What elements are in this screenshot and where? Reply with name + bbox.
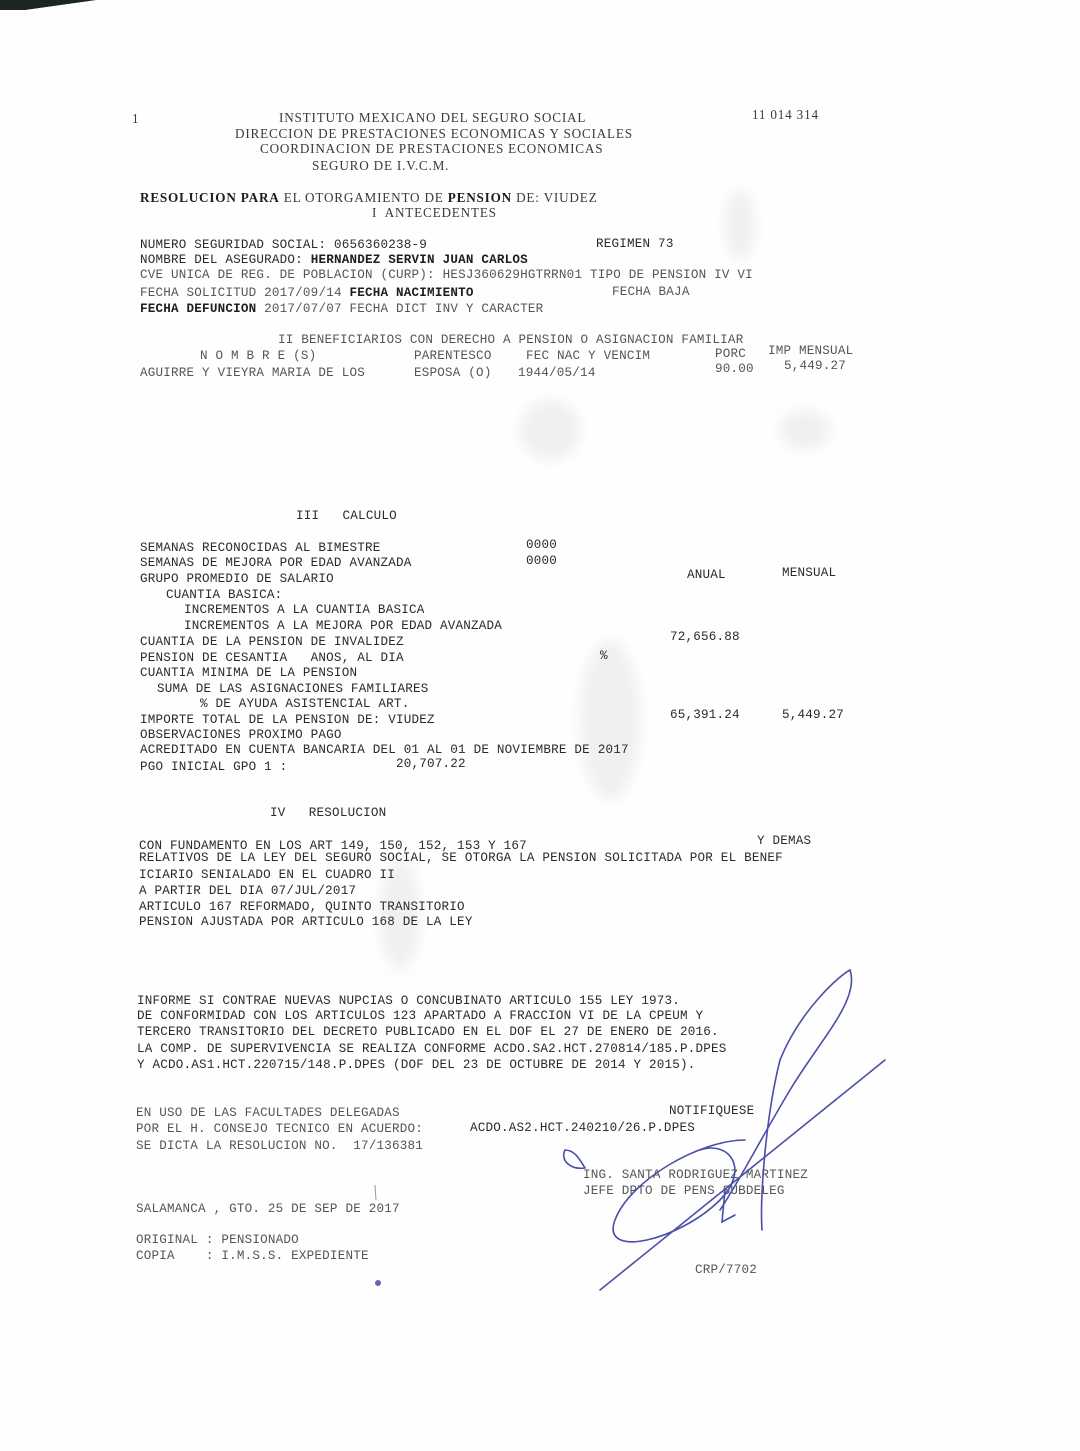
importe-total-anual: 65,391.24 <box>670 708 740 724</box>
ink-dot <box>375 1280 381 1286</box>
fecha-solicitud-value: 2017/09/14 <box>264 286 342 300</box>
distribucion-copia: COPIA : I.M.S.S. EXPEDIENTE <box>136 1249 369 1265</box>
cuantia-minima-label: CUANTIA MINIMA DE LA PENSION <box>140 666 357 682</box>
nota-line-4: LA COMP. DE SUPERVIVENCIA SE REALIZA CON… <box>137 1042 727 1058</box>
title-bold-prefix: RESOLUCION PARA <box>140 190 280 205</box>
suma-asignaciones-label: SUMA DE LAS ASIGNACIONES FAMILIARES <box>157 682 429 698</box>
header-coordinacion: COORDINACION DE PRESTACIONES ECONOMICAS <box>260 141 603 157</box>
section-beneficiarios-heading: II BENEFICIARIOS CON DERECHO A PENSION O… <box>278 333 743 349</box>
section-antecedentes-heading: I ANTECEDENTES <box>372 205 497 221</box>
fecha-dict-label: FECHA DICT INV Y CARACTER <box>349 302 543 316</box>
scan-smudge <box>580 640 640 800</box>
nss-row: NUMERO SEGURIDAD SOCIAL: 0656360238-9 <box>140 238 427 254</box>
beneficiario-fecha: 1944/05/14 <box>518 366 596 382</box>
semanas-reconocidas-value: 0000 <box>526 538 557 554</box>
beneficiario-importe: 5,449.27 <box>784 359 846 375</box>
cuantia-invalidez-label: CUANTIA DE LA PENSION DE INVALIDEZ <box>140 635 404 651</box>
nota-line-2: DE CONFORMIDAD CON LOS ARTICULOS 123 APA… <box>137 1009 703 1025</box>
col-nombre: N O M B R E (S) <box>200 349 316 365</box>
curp-label: CVE UNICA DE REG. DE POBLACION (CURP): <box>140 268 435 282</box>
scan-edge-shadow <box>0 0 200 10</box>
fecha-baja-label: FECHA BAJA <box>612 285 690 301</box>
col-porc: PORC <box>715 347 746 363</box>
firmante-cargo: JEFE DPTO DE PENS SUBDELEG <box>583 1184 785 1200</box>
scan-smudge <box>520 400 580 460</box>
regimen: REGIMEN 73 <box>596 237 674 253</box>
fecha-defuncion-value: 2017/07/07 <box>264 302 342 316</box>
lugar-fecha: SALAMANCA , GTO. 25 DE SEP DE 2017 <box>136 1202 400 1218</box>
importe-total-label: IMPORTE TOTAL DE LA PENSION DE: VIUDEZ <box>140 713 435 729</box>
ayuda-asistencial-label: % DE AYUDA ASISTENCIAL ART. <box>200 697 409 713</box>
page-number: 1 <box>132 111 139 127</box>
section-calculo-heading: III CALCULO <box>296 509 397 525</box>
fecha-solicitud-row: FECHA SOLICITUD 2017/09/14 FECHA NACIMIE… <box>140 286 474 302</box>
resolucion-line-1-right: Y DEMAS <box>757 834 811 850</box>
pago-inicial-label: PGO INICIAL GPO 1 : <box>140 760 287 776</box>
resolucion-line-3: ICIARIO SENIALADO EN EL CUADRO II <box>139 868 395 884</box>
beneficiario-nombre: AGUIRRE Y VIEYRA MARIA DE LOS <box>140 366 365 382</box>
percent-sign: % <box>600 649 608 665</box>
scan-smudge <box>725 190 755 260</box>
resolucion-line-6: PENSION AJUSTADA POR ARTICULO 168 DE LA … <box>139 915 473 931</box>
col-fecha: FEC NAC Y VENCIM <box>526 349 650 365</box>
semanas-mejora-label: SEMANAS DE MEJORA POR EDAD AVANZADA <box>140 556 412 572</box>
fecha-solicitud-label: FECHA SOLICITUD <box>140 286 256 300</box>
header-institute: INSTITUTO MEXICANO DEL SEGURO SOCIAL <box>279 110 586 126</box>
col-parentesco: PARENTESCO <box>414 349 492 365</box>
acreditado-text: ACREDITADO EN CUENTA BANCARIA DEL 01 AL … <box>140 743 629 759</box>
asegurado-row: NOMBRE DEL ASEGURADO: HERNANDEZ SERVIN J… <box>140 253 528 269</box>
header-seguro: SEGURO DE I.V.C.M. <box>312 158 449 174</box>
col-importe: IMP MENSUAL <box>768 344 853 360</box>
firma-clave: CRP/7702 <box>695 1263 757 1279</box>
acuerdo-number: ACDO.AS2.HCT.240210/26.P.DPES <box>470 1121 695 1137</box>
asegurado-label: NOMBRE DEL ASEGURADO: <box>140 253 303 267</box>
title-bold-mid: PENSION <box>448 190 512 205</box>
header-direccion: DIRECCION DE PRESTACIONES ECONOMICAS Y S… <box>235 126 633 142</box>
fecha-defuncion-label: FECHA DEFUNCION <box>140 302 256 316</box>
asegurado-value: HERNANDEZ SERVIN JUAN CARLOS <box>311 253 528 267</box>
folio-number: 11 014 314 <box>752 107 819 123</box>
nss-value: 0656360238-9 <box>334 238 427 252</box>
cuantia-invalidez-anual: 72,656.88 <box>670 630 740 646</box>
resolucion-no-label: SE DICTA LA RESOLUCION NO. <box>136 1139 338 1153</box>
facultades-line-3: SE DICTA LA RESOLUCION NO. 17/136381 <box>136 1139 423 1155</box>
beneficiario-parentesco: ESPOSA (O) <box>414 366 492 382</box>
fecha-nacimiento-label: FECHA NACIMIENTO <box>349 286 473 300</box>
tipo-pension: TIPO DE PENSION IV VI <box>590 268 753 282</box>
notifiquese: NOTIFIQUESE <box>669 1104 754 1120</box>
col-anual: ANUAL <box>687 568 726 584</box>
scan-smudge <box>780 410 830 450</box>
nss-label: NUMERO SEGURIDAD SOCIAL: <box>140 238 326 252</box>
distribucion-original: ORIGINAL : PENSIONADO <box>136 1233 299 1249</box>
importe-total-mensual: 5,449.27 <box>782 708 844 724</box>
title-suffix: DE: VIUDEZ <box>512 190 597 205</box>
nota-line-1: INFORME SI CONTRAE NUEVAS NUPCIAS O CONC… <box>137 994 680 1010</box>
document-title: RESOLUCION PARA EL OTORGAMIENTO DE PENSI… <box>140 190 597 206</box>
resolucion-no-value: 17/136381 <box>353 1139 423 1153</box>
col-mensual: MENSUAL <box>782 566 836 582</box>
semanas-mejora-value: 0000 <box>526 554 557 570</box>
curp-row: CVE UNICA DE REG. DE POBLACION (CURP): H… <box>140 268 753 284</box>
resolucion-line-4: A PARTIR DEL DIA 07/JUL/2017 <box>139 884 356 900</box>
resolucion-line-5: ARTICULO 167 REFORMADO, QUINTO TRANSITOR… <box>139 900 465 916</box>
incrementos-cuantia-label: INCREMENTOS A LA CUANTIA BASICA <box>184 603 424 619</box>
title-middle: EL OTORGAMIENTO DE <box>280 190 448 205</box>
incrementos-mejora-label: INCREMENTOS A LA MEJORA POR EDAD AVANZAD… <box>184 619 502 635</box>
observaciones-label: OBSERVACIONES PROXIMO PAGO <box>140 728 342 744</box>
nota-line-5: Y ACDO.AS1.HCT.220715/148.P.DPES (DOF DE… <box>137 1058 696 1074</box>
firmante-nombre: ING. SANTA RODRIGUEZ MARTINEZ <box>583 1168 808 1184</box>
pension-cesantia-label: PENSION DE CESANTIA ANOS, AL DIA <box>140 651 404 667</box>
resolucion-line-2: RELATIVOS DE LA LEY DEL SEGURO SOCIAL, S… <box>139 851 783 867</box>
facultades-line-1: EN USO DE LAS FACULTADES DELEGADAS <box>136 1106 400 1122</box>
curp-value: HESJ360629HGTRRN01 <box>443 268 583 282</box>
section-resolucion-heading: IV RESOLUCION <box>270 806 386 822</box>
grupo-promedio-label: GRUPO PROMEDIO DE SALARIO <box>140 572 334 588</box>
fecha-defuncion-row: FECHA DEFUNCION 2017/07/07 FECHA DICT IN… <box>140 302 543 318</box>
nota-line-3: TERCERO TRANSITORIO DEL DECRETO PUBLICAD… <box>137 1025 719 1041</box>
pago-inicial-value: 20,707.22 <box>396 757 466 773</box>
semanas-reconocidas-label: SEMANAS RECONOCIDAS AL BIMESTRE <box>140 541 380 557</box>
facultades-line-2: POR EL H. CONSEJO TECNICO EN ACUERDO: <box>136 1122 423 1138</box>
cuantia-basica-label: CUANTIA BASICA: <box>166 588 282 604</box>
beneficiario-porc: 90.00 <box>715 362 754 378</box>
